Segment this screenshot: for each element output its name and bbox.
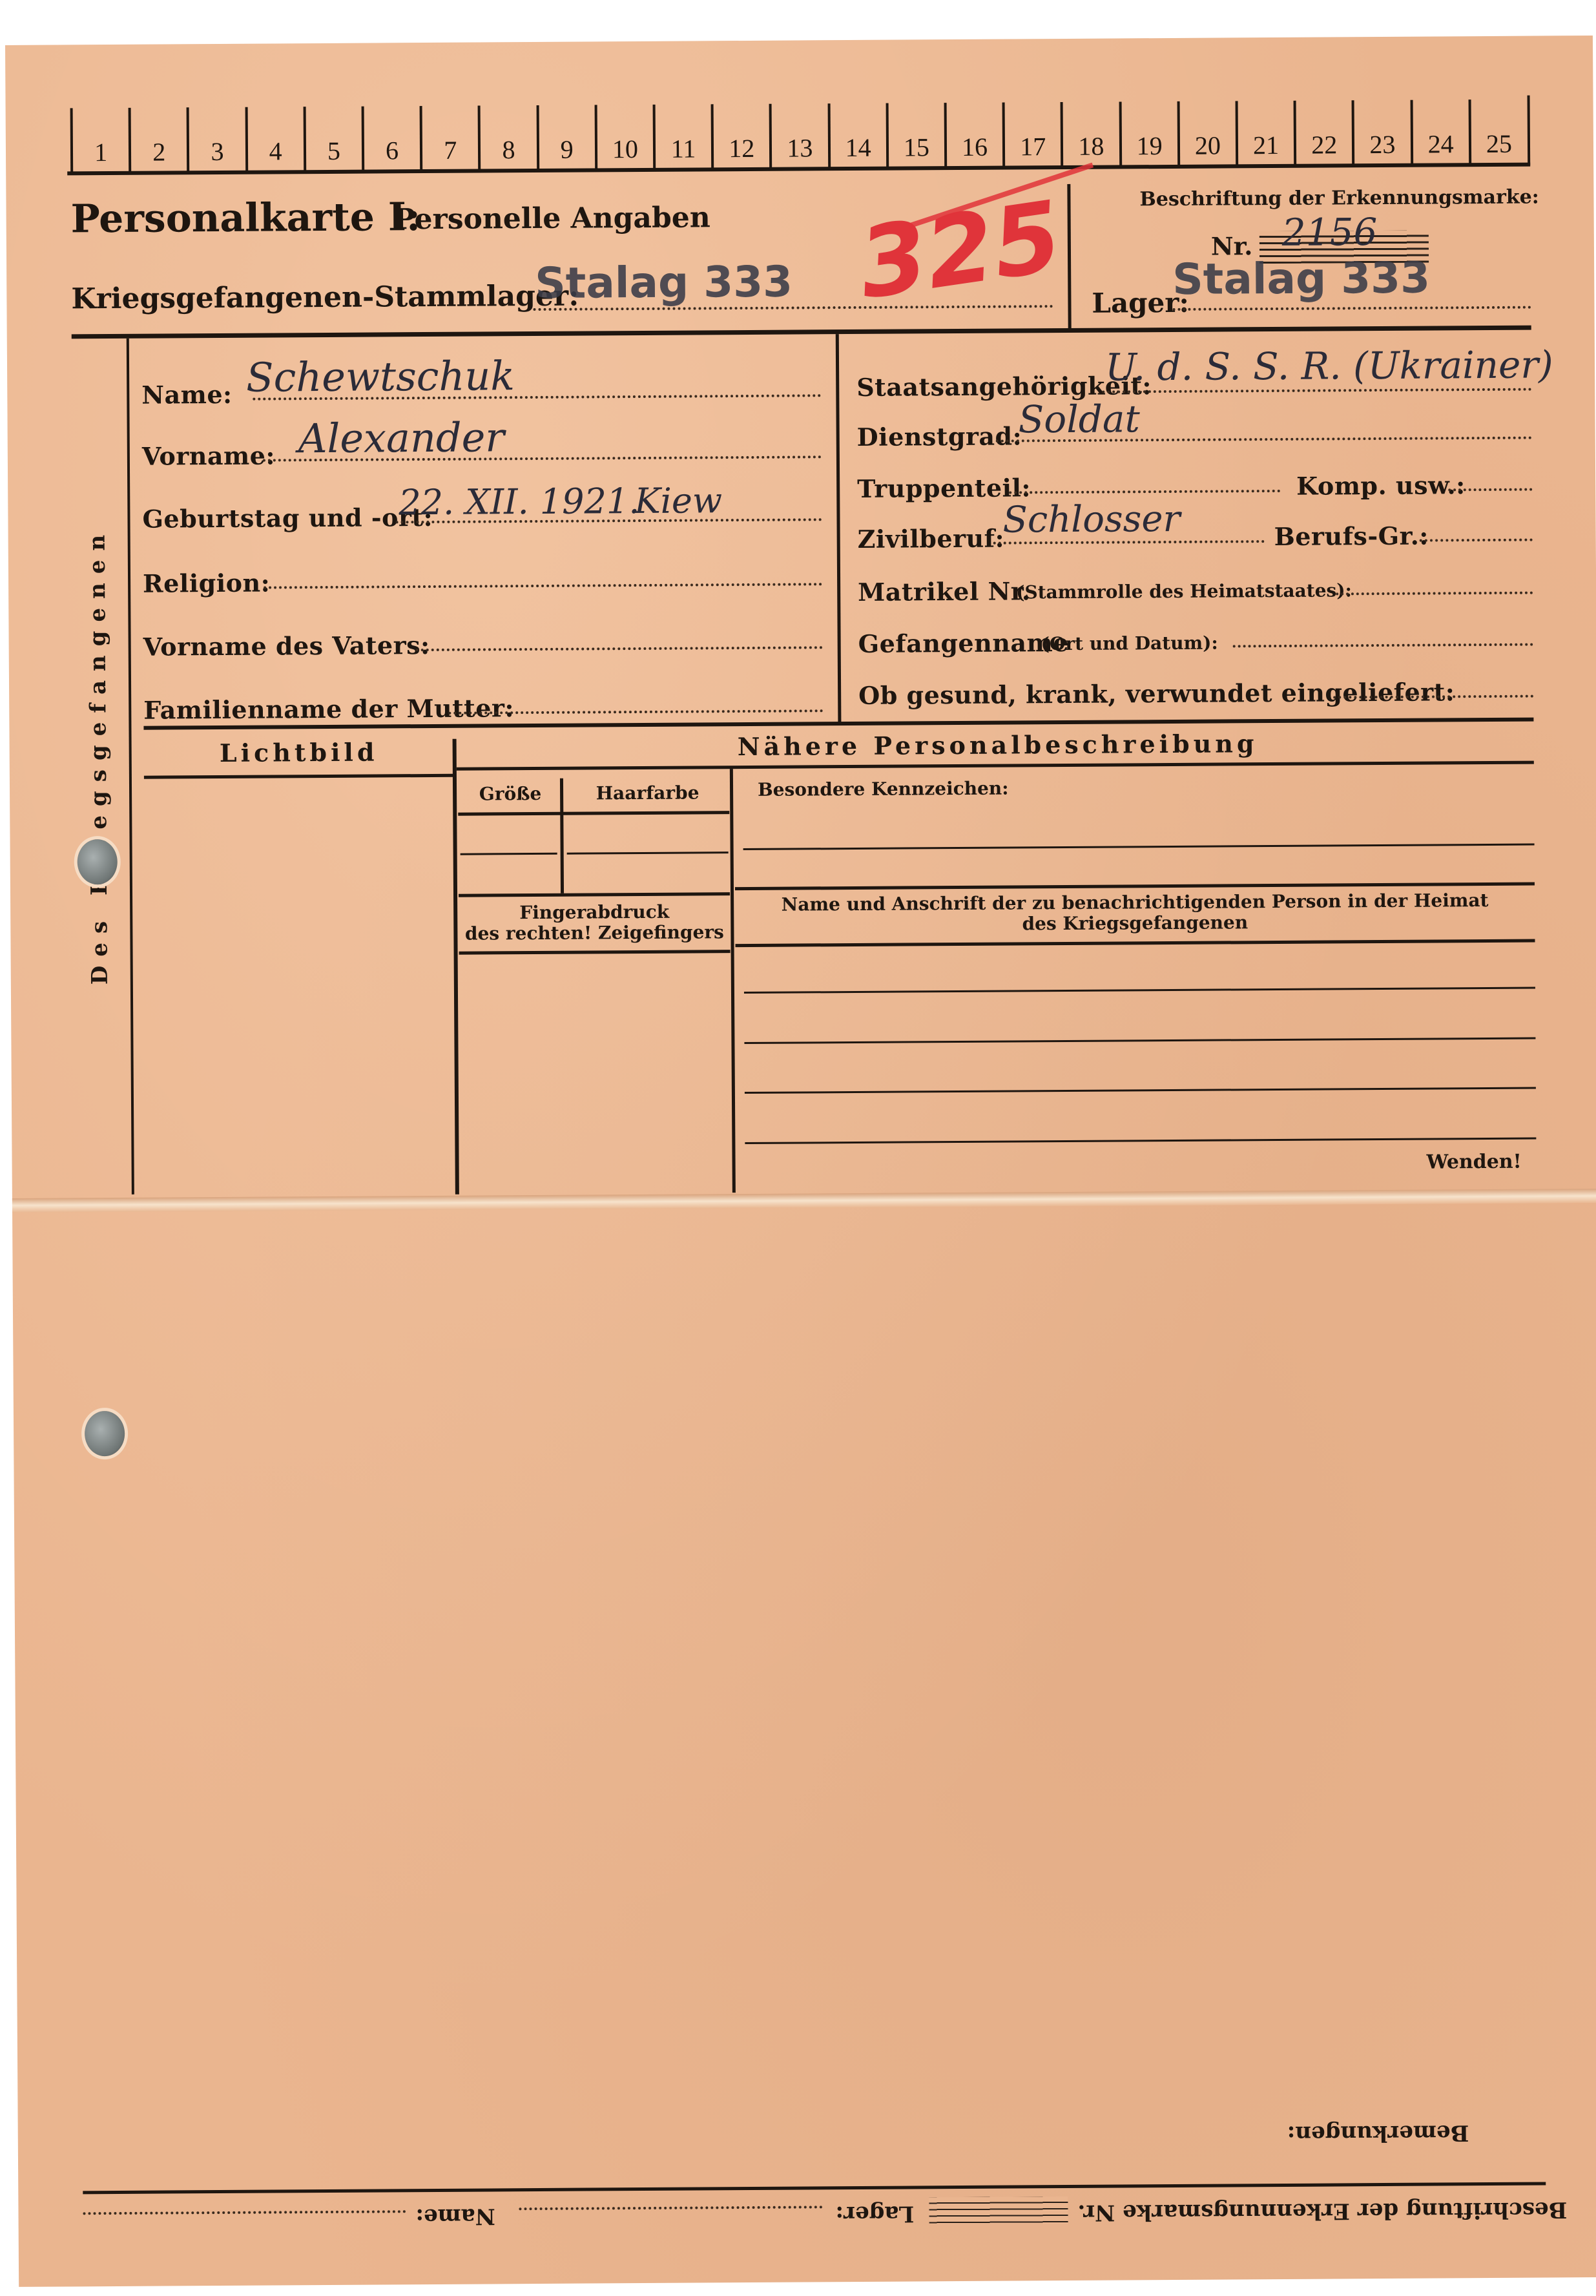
fingerprint-bottom-rule — [459, 950, 731, 955]
mother-name-label: Familienname der Mutter: — [143, 693, 514, 725]
matrikel-sublabel: (Stammrolle des Heimatstaates): — [1016, 579, 1352, 603]
lower-tag-hatch — [929, 2197, 1068, 2224]
number-cell[interactable]: 21 — [1236, 101, 1294, 166]
number-cell[interactable]: 22 — [1294, 100, 1352, 165]
religion-line[interactable] — [264, 583, 822, 589]
rank-value[interactable]: Soldat — [1018, 397, 1140, 441]
fingerprint-area[interactable] — [461, 955, 731, 1193]
personnel-card: 1234567891011121314151617181920212223242… — [5, 36, 1596, 2287]
number-cell[interactable]: 7 — [420, 106, 479, 171]
number-cell[interactable]: 6 — [362, 106, 420, 171]
photo-area[interactable] — [145, 779, 454, 1195]
lower-name-line-right[interactable] — [519, 2206, 822, 2210]
height-line[interactable] — [461, 853, 557, 855]
capture-sublabel: (Ort und Datum): — [1041, 632, 1218, 655]
number-cell[interactable]: 24 — [1410, 99, 1469, 165]
photo-header-rule — [144, 774, 454, 779]
card-subtitle: Personelle Angaben — [394, 201, 710, 236]
description-header-rule — [457, 761, 1534, 771]
hair-header: Haarfarbe — [565, 782, 730, 804]
contact-label: Name und Anschrift der zu benachrichtige… — [735, 890, 1535, 937]
name-label: Name: — [141, 380, 233, 410]
rank-label: Dienstgrad: — [857, 421, 1022, 452]
matrikel-label: Matrikel Nr. — [858, 576, 1031, 607]
civil-job-label: Zivilberuf: — [858, 524, 1005, 554]
number-cell[interactable]: 4 — [245, 107, 304, 172]
birth-date-value[interactable]: 22. XII. 1921. — [399, 481, 639, 523]
tag-lager-stamp: Stalag 333 — [1172, 253, 1430, 304]
photo-header: Lichtbild — [144, 737, 454, 768]
remarks-label: Bemerkungen: — [1287, 2120, 1469, 2147]
height-hair-divider — [560, 778, 564, 893]
number-cell[interactable]: 12 — [711, 104, 770, 169]
hair-header-rule — [458, 811, 729, 816]
number-cell[interactable]: 20 — [1177, 101, 1236, 166]
number-row: 1234567891011121314151617181920212223242… — [5, 36, 1593, 45]
company-line[interactable] — [1448, 488, 1532, 492]
father-name-label: Vorname des Vaters: — [143, 631, 430, 662]
health-label: Ob gesund, krank, verwundet eingeliefert… — [858, 677, 1455, 710]
height-header: Größe — [459, 783, 562, 805]
job-group-line[interactable] — [1420, 539, 1533, 542]
company-label: Komp. usw.: — [1296, 470, 1466, 501]
matrikel-line[interactable] — [1336, 592, 1533, 596]
first-name-label: Vorname: — [142, 441, 275, 470]
marks-line[interactable] — [743, 844, 1535, 850]
job-group-label: Berufs-Gr.: — [1274, 521, 1429, 551]
civil-job-value[interactable]: Schlosser — [1002, 498, 1180, 541]
name-value[interactable]: Schewtschuk — [246, 352, 515, 401]
nationality-value[interactable]: U. d. S. S. R. (Ukrainer) — [1105, 342, 1553, 389]
number-cell[interactable]: 1 — [70, 108, 129, 173]
lower-name-label: Name: — [415, 2203, 495, 2229]
turn-over-note: Wenden! — [1426, 1151, 1521, 1174]
fingerprint-label: Fingerabdruck des rechten! Zeigefingers — [459, 901, 730, 944]
number-cell[interactable]: 14 — [827, 103, 886, 169]
number-cell[interactable]: 16 — [944, 103, 1003, 168]
punch-hole-top — [78, 839, 118, 884]
tag-nr-value: 2156 — [1282, 210, 1378, 255]
contact-line-3[interactable] — [745, 1087, 1536, 1094]
column-divider — [836, 334, 842, 723]
number-cell[interactable]: 17 — [1002, 102, 1061, 167]
lower-tag-label: Beschriftung der Erkennungsmarke Nr. — [1077, 2197, 1567, 2226]
first-name-value[interactable]: Alexander — [298, 413, 505, 462]
father-name-line[interactable] — [416, 646, 823, 651]
religion-label: Religion: — [143, 569, 270, 598]
side-margin-line — [127, 339, 134, 1195]
camp-label: Kriegsgefangenen-Stammlager: — [71, 280, 579, 316]
marks-divider — [730, 769, 736, 1193]
number-cell[interactable]: 23 — [1352, 100, 1411, 165]
contact-line-2[interactable] — [744, 1038, 1535, 1044]
hair-line[interactable] — [567, 851, 729, 855]
lower-name-line-left[interactable] — [83, 2210, 406, 2215]
number-cell[interactable]: 25 — [1468, 99, 1527, 165]
punch-hole-bottom — [85, 1411, 125, 1456]
contact-line-1[interactable] — [744, 987, 1535, 994]
contact-bottom-rule — [736, 939, 1535, 948]
tag-header: Beschriftung der Erkennungsmarke: — [1139, 185, 1539, 211]
contact-line-4[interactable] — [745, 1138, 1536, 1144]
number-cell[interactable]: 13 — [769, 103, 828, 169]
birth-label: Geburtstag und -ort: — [142, 503, 433, 534]
camp-stamp: Stalag 333 — [535, 257, 793, 308]
number-cell[interactable]: 8 — [478, 105, 537, 171]
number-cell[interactable]: 10 — [594, 105, 653, 170]
number-cell[interactable]: 5 — [303, 107, 362, 172]
description-header: Nähere Personalbeschreibung — [462, 727, 1534, 763]
tag-lager-line — [1173, 306, 1531, 311]
service-fields: Staatsangehörigkeit: U. d. S. S. R. (Ukr… — [5, 36, 1593, 45]
number-cell[interactable]: 3 — [187, 107, 245, 172]
number-row-end — [1528, 96, 1531, 165]
fingerprint-top-rule — [459, 892, 730, 897]
capture-label: Gefangenname — [858, 628, 1070, 658]
side-label: Des Kriegsgefangenen — [85, 526, 113, 985]
card-title: Personalkarte I: — [70, 194, 420, 242]
personal-fields: Name: Schewtschuk Vorname: Alexander Geb… — [5, 36, 1593, 45]
capture-line[interactable] — [1233, 643, 1533, 648]
number-cell[interactable]: 19 — [1119, 101, 1177, 167]
number-cell[interactable]: 11 — [653, 104, 712, 169]
header-bottom-rule — [72, 326, 1531, 339]
number-cell[interactable]: 15 — [886, 103, 944, 168]
birth-place-value[interactable]: Kiew — [634, 480, 722, 521]
number-cell[interactable]: 18 — [1061, 101, 1119, 167]
lower-camp-label: Lager: — [835, 2200, 914, 2227]
number-cell[interactable]: 9 — [536, 105, 595, 170]
number-cell[interactable]: 2 — [129, 107, 187, 172]
contact-top-rule — [735, 882, 1535, 891]
lower-rule — [83, 2182, 1546, 2194]
unit-line[interactable] — [1009, 490, 1280, 494]
marks-label: Besondere Kennzeichen: — [758, 778, 1009, 800]
fingerprint-label-line2: des rechten! Zeigefingers — [459, 922, 730, 944]
fingerprint-label-line1: Fingerabdruck — [459, 901, 730, 924]
header-divider — [1067, 184, 1071, 329]
red-pencil-number: 325 — [852, 180, 1068, 321]
